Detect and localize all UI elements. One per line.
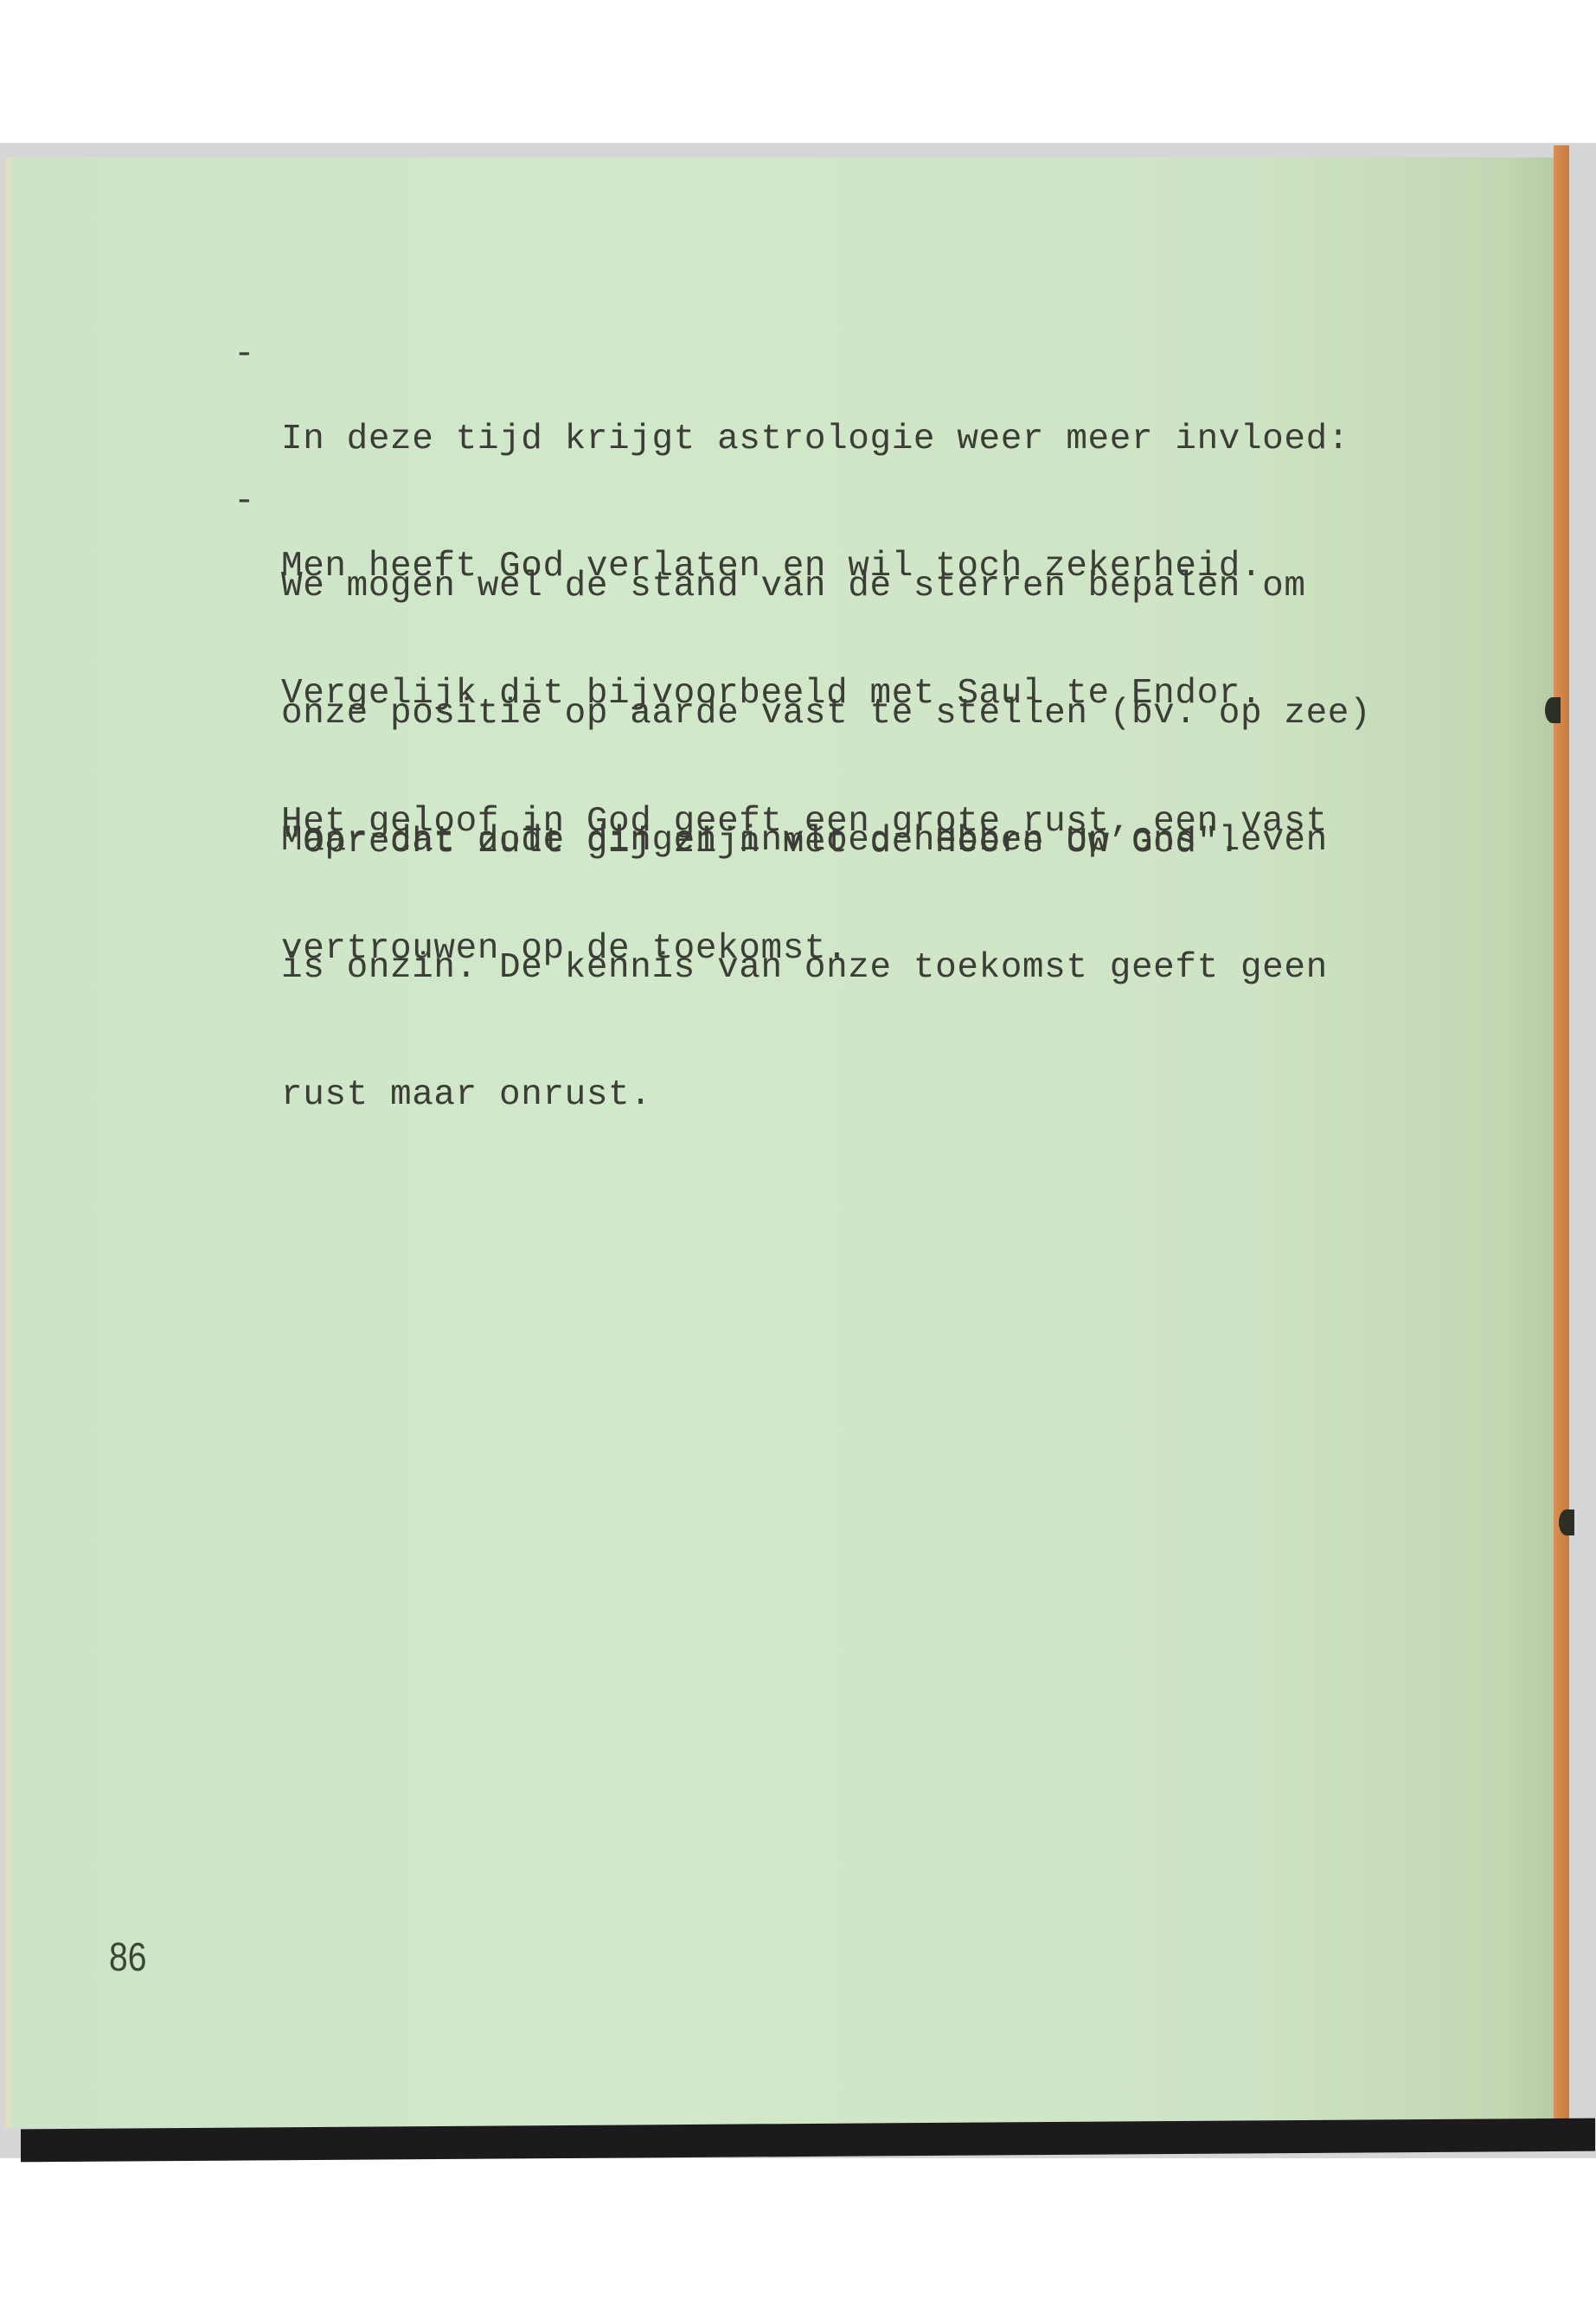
binding-hole-icon: [1559, 1509, 1574, 1535]
bullet-marker: -: [234, 334, 255, 376]
page-number: 86: [109, 1933, 146, 1980]
scripture-quote: "Oprecht zult gij zijn met de Heere Uw G…: [281, 822, 1240, 864]
page-edge-binding: [1554, 145, 1569, 2135]
faith-paragraph: Het geloof in God geeft een grote rust, …: [281, 716, 1328, 1013]
bullet-marker: -: [234, 481, 255, 523]
text-line: In deze tijd krijgt astrologie weer meer…: [281, 419, 1349, 461]
page-left-edge: [5, 157, 10, 2128]
text-line: vertrouwen op de toekomst.: [281, 928, 1328, 971]
text-line: We mogen wel de stand van de sterren bep…: [281, 566, 1371, 608]
text-line: rust maar onrust.: [281, 1074, 1371, 1117]
binding-hole-icon: [1545, 697, 1561, 723]
